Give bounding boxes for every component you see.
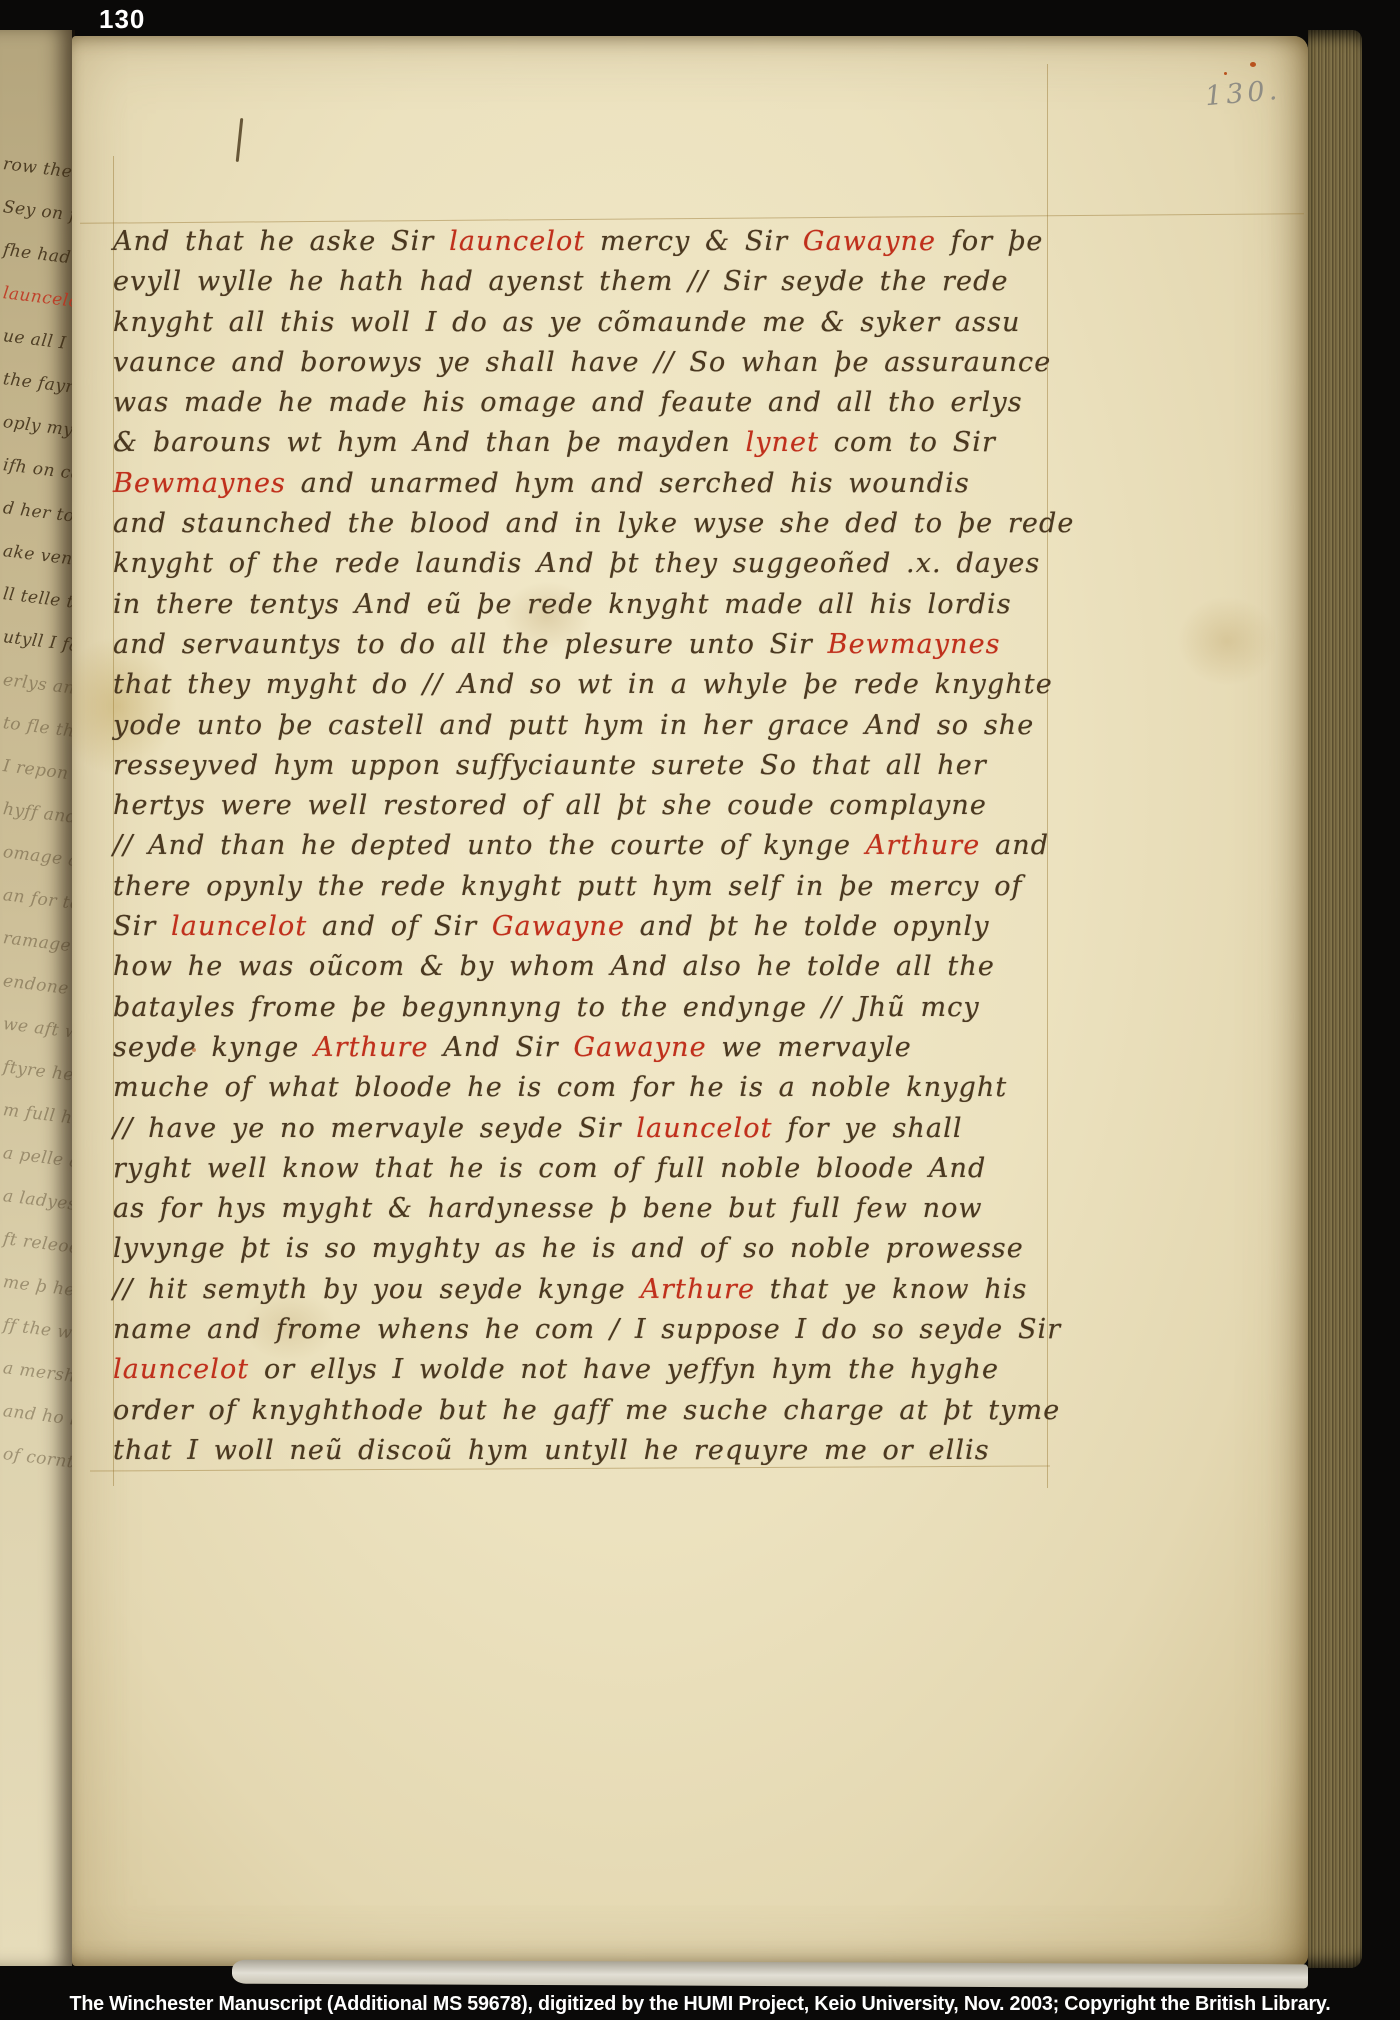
ink-text: knyght of the rede laundis And þt they s… (113, 548, 1040, 579)
manuscript-line: and staunched the blood and in lyke wyse… (113, 504, 1063, 544)
ink-text: as for hys myght & hardynesse þ bene but… (113, 1193, 983, 1224)
manuscript-line: as for hys myght & hardynesse þ bene but… (113, 1189, 1063, 1229)
ink-text: order of knyghthode but he gaff me suche… (113, 1395, 1060, 1426)
foxing-spot (1224, 72, 1227, 75)
facing-page-text-fragment: row the crys m (2, 156, 75, 187)
ink-text: // hit semyth by you seyde kynge (113, 1274, 640, 1305)
ink-text: resseyved hym uppon suffyciaunte surete … (113, 750, 987, 781)
manuscript-line: Bewmaynes and unarmed hym and serched hi… (113, 464, 1063, 504)
facing-page-text-fragment: oply myght & f (2, 414, 75, 445)
facing-page-text-fragment: ff the woll for (2, 1317, 75, 1348)
facing-page-text-fragment: I repon þ hurl (2, 758, 75, 789)
manuscript-line: knyght of the rede laundis And þt they s… (113, 544, 1063, 584)
ink-text: and servauntys to do all the plesure unt… (113, 629, 828, 660)
facing-page-text-fragment: hyff and fro þ (2, 801, 75, 832)
manuscript-line: order of knyghthode but he gaff me suche… (113, 1391, 1063, 1431)
ink-text: and unarmed hym and serched his woundis (286, 468, 970, 499)
rubricated-word: lynet (745, 427, 819, 458)
ink-text: ryght well know that he is com of full n… (113, 1153, 986, 1184)
rubricated-word: launcelot (113, 1354, 249, 1385)
ink-text: there opynly the rede knyght putt hym se… (113, 871, 1023, 902)
facing-page-text-fragment: ake vengeaunce (2, 543, 75, 574)
manuscript-line: resseyved hym uppon suffyciaunte surete … (113, 746, 1063, 786)
manuscript-line: // have ye no mervayle seyde Sir launcel… (113, 1109, 1063, 1149)
facing-page-text-fragment: ft releoed hy (2, 1231, 75, 1262)
ink-text: was made he made his omage and feaute an… (113, 387, 1023, 418)
digitized-manuscript-photo: row the crys mSey on feyde Sofhe had his… (0, 0, 1400, 2020)
facing-page-text-fragment: m full half of (2, 1102, 75, 1133)
manuscript-line: // And than he depted unto the courte of… (113, 826, 1063, 866)
facing-page-text-fragment: a mersh and y (2, 1360, 75, 1391)
ink-text: // have ye no mervayle seyde Sir (113, 1113, 636, 1144)
ink-text: and staunched the blood and in lyke wyse… (113, 508, 1074, 539)
manuscript-line: hertys were well restored of all þt she … (113, 786, 1063, 826)
manuscript-line: evyll wylle he hath had ayenst them // S… (113, 262, 1063, 302)
facing-page-text-fragment: me þ he gom (2, 1274, 75, 1305)
ink-text: com to Sir (819, 427, 996, 458)
manuscript-line: that I woll neũ discoũ hym untyll he req… (113, 1431, 1063, 1471)
ink-text: or ellys I wolde not have yeffyn hym the… (249, 1354, 999, 1385)
facing-page-edge: row the crys mSey on feyde Sofhe had his… (0, 30, 75, 1966)
ink-text: knyght all this woll I do as ye cõmaunde… (113, 307, 1021, 338)
facing-page-text-fragment: fhe had his bro (2, 242, 75, 273)
facing-page-text-fragment: to fle the hor (2, 715, 75, 746)
rubricated-word: Bewmaynes (113, 468, 286, 499)
manuscript-line: & barouns wt hym And than þe mayden lyne… (113, 423, 1063, 463)
facing-page-text-fragment: utyll I fainte h (2, 629, 75, 660)
foxing-spot (1250, 62, 1256, 67)
manuscript-line: // hit semyth by you seyde kynge Arthure… (113, 1270, 1063, 1310)
ink-text: that they myght do // And so wt in a why… (113, 669, 1053, 700)
facing-page-text-fragment: the fayre of my (2, 371, 75, 402)
rubricated-word: Arthure (314, 1032, 429, 1063)
book-fore-edge (1308, 30, 1362, 1968)
ink-text: for ye shall (773, 1113, 963, 1144)
manuscript-line: and servauntys to do all the plesure unt… (113, 625, 1063, 665)
manuscript-line: vaunce and borowys ye shall have // So w… (113, 343, 1063, 383)
manuscript-line: that they myght do // And so wt in a why… (113, 665, 1063, 705)
manuscript-line: Sir launcelot and of Sir Gawayne and þt … (113, 907, 1063, 947)
rubricated-word: launcelot (449, 226, 585, 257)
facing-page-text-fragment: we aft woll fle (2, 1016, 75, 1047)
facing-page-text-fragment: of cornta y (2, 1446, 75, 1477)
rubricated-word: Gawayne (573, 1032, 706, 1063)
stray-pen-mark (236, 118, 244, 162)
facing-page-text-fragment: a pelle and fho (2, 1145, 75, 1176)
ink-text: we mervayle (707, 1032, 912, 1063)
manuscript-line: in there tentys And eũ þe rede knyght ma… (113, 585, 1063, 625)
ink-text: name and frome whens he com / I suppose … (113, 1314, 1061, 1345)
ink-text: batayles frome þe begynnyng to the endyn… (113, 992, 980, 1023)
ink-text: for þe (936, 226, 1043, 257)
rubricated-word: Arthure (866, 830, 981, 861)
folio-label: 130 (99, 4, 145, 35)
manuscript-line: launcelot or ellys I wolde not have yeff… (113, 1350, 1063, 1390)
facing-page-text-fragment: d her to do all y (2, 500, 75, 531)
rubricated-word: launcelot (636, 1113, 772, 1144)
manuscript-line: muche of what bloode he is com for he is… (113, 1068, 1063, 1108)
ink-text: that I woll neũ discoũ hym untyll he req… (113, 1435, 990, 1466)
ink-text: // And than he depted unto the courte of… (113, 830, 866, 861)
facing-page-text-fragment: Sey on feyde So (2, 199, 75, 230)
facing-page-text-fragment: omage and fe (2, 844, 75, 875)
facing-page-text-fragment: ue all I loved ha (2, 328, 75, 359)
manuscript-line: And that he aske Sir launcelot mercy & S… (113, 222, 1063, 262)
underlying-leaf-edge (232, 1960, 1308, 1989)
manuscript-page: And that he aske Sir launcelot mercy & S… (72, 36, 1308, 1966)
ink-text: and (980, 830, 1049, 861)
manuscript-line: ryght well know that he is com of full n… (113, 1149, 1063, 1189)
ink-text: and þt he tolde opynly (625, 911, 990, 942)
manuscript-line: was made he made his omage and feaute an… (113, 383, 1063, 423)
facing-page-text-fragment: launcelot du lak (2, 285, 75, 316)
ink-text: yode unto þe castell and putt hym in her… (113, 710, 1034, 741)
rubricated-word: Gawayne (492, 911, 625, 942)
facing-page-text-fragment: ramage And h (2, 930, 75, 961)
ink-text: seyde kynge (113, 1032, 314, 1063)
manuscript-line: lyvynge þt is so myghty as he is and of … (113, 1229, 1063, 1269)
manuscript-text: And that he aske Sir launcelot mercy & S… (113, 222, 1063, 1471)
manuscript-line: knyght all this woll I do as ye cõmaunde… (113, 303, 1063, 343)
manuscript-line: batayles frome þe begynnyng to the endyn… (113, 988, 1063, 1028)
ink-text: muche of what bloode he is com for he is… (113, 1072, 1007, 1103)
ink-text: how he was oũcom & by whom And also he t… (113, 951, 995, 982)
ink-text: in there tentys And eũ þe rede knyght ma… (113, 589, 1012, 620)
ink-text: And Sir (429, 1032, 574, 1063)
parchment-stain (1177, 596, 1277, 686)
facing-page-text-fragment: and ho landys (2, 1403, 75, 1434)
facing-page-text-fragment: ifh on com I fho (2, 457, 75, 488)
manuscript-line: how he was oũcom & by whom And also he t… (113, 947, 1063, 987)
ink-text: and of Sir (307, 911, 492, 942)
ink-text: evyll wylle he hath had ayenst them // S… (113, 266, 1009, 297)
rubricated-word: Bewmaynes (828, 629, 1001, 660)
facing-page-text-fragment: ll telle the þ d (2, 586, 75, 617)
ink-text: that ye know his (755, 1274, 1027, 1305)
facing-page-text-fragment: endone And s (2, 973, 75, 1004)
ink-text: lyvynge þt is so myghty as he is and of … (113, 1233, 1024, 1264)
ink-text: vaunce and borowys ye shall have // So w… (113, 347, 1051, 378)
facing-page-text-fragment: an for to fle h (2, 887, 75, 918)
ink-text: & barouns wt hym And than þe mayden (113, 427, 745, 458)
rubricated-word: Gawayne (803, 226, 936, 257)
rubricated-word: Arthure (640, 1274, 755, 1305)
facing-page-text-fragment: ftyre hem fo (2, 1059, 75, 1090)
manuscript-line: there opynly the rede knyght putt hym se… (113, 867, 1063, 907)
ink-text: And that he aske Sir (113, 226, 449, 257)
rubricated-word: launcelot (171, 911, 307, 942)
pencil-folio-number: 130. (1204, 75, 1283, 113)
facing-page-text-fragment: erlys and baro (2, 672, 75, 703)
manuscript-line: yode unto þe castell and putt hym in her… (113, 706, 1063, 746)
ink-text: mercy & Sir (585, 226, 803, 257)
manuscript-line: name and frome whens he com / I suppose … (113, 1310, 1063, 1350)
manuscript-line: seyde kynge Arthure And Sir Gawayne we m… (113, 1028, 1063, 1068)
image-caption: The Winchester Manuscript (Additional MS… (11, 1993, 1390, 2016)
ink-text: Sir (113, 911, 171, 942)
ink-text: hertys were well restored of all þt she … (113, 790, 987, 821)
facing-page-text-fragment: a ladyes repor (2, 1188, 75, 1219)
